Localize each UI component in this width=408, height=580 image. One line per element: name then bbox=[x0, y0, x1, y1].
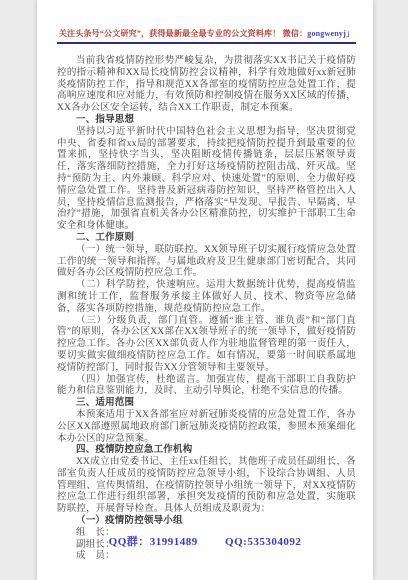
paragraph: 当前我省疫情防控形势严峻复杂，为贯彻落实XX书记关于疫情防控的指示精神和XX局长… bbox=[57, 56, 356, 115]
section-heading: 四、疫情防控应急工作机构 bbox=[57, 445, 356, 457]
paragraph: （三）分级负责，部门直管。遵循“谁主管、谁负责”和“部门直管”的原则，各办公区X… bbox=[57, 316, 356, 375]
document-body: 当前我省疫情防控形势严峻复杂，为贯彻落实XX书记关于疫情防控的指示精神和XX局长… bbox=[57, 56, 356, 563]
paragraph: 成 员： bbox=[57, 551, 356, 563]
paragraph: 本预案适用于XX各部室应对新冠肺炎疫情的应急处置工作，各办公区XX部遵照属地政府… bbox=[57, 410, 356, 445]
document-viewer: { "document": { "background_color": "#ec… bbox=[0, 0, 408, 580]
paragraph: XX成立由党委书记、主任xx任组长，其他班子成员任副组长，各部室负责人任成员的疫… bbox=[57, 457, 356, 516]
header-notice-text: 关注头条号“公文研究”，获得最新最全最专业的公文资料库！ 微信： bbox=[59, 29, 307, 38]
paragraph: （四）加强宣传，杜绝谣言。加强宣传，提高干部职工自我防护能力和信息鉴别能力，及时… bbox=[57, 375, 356, 399]
header-wechat-id: gongwenyj」 bbox=[307, 29, 354, 38]
paragraph: （二）科学防控，快速响应。运用大数据统计优势，提高疫情监测和统计工作，监督服务承… bbox=[57, 280, 356, 315]
section-heading: 二、工作原则 bbox=[57, 233, 356, 245]
footer-qq-group: QQ群：31991489 bbox=[109, 536, 198, 548]
footer-contact: QQ群：31991489 QQ:535304092 bbox=[37, 533, 373, 549]
section-heading: 一、指导思想 bbox=[57, 115, 356, 127]
paragraph: 坚持以习近平新时代中国特色社会主义思想为指导，坚决贯彻党中央、省委和省xx局的部… bbox=[57, 127, 356, 233]
document-page: 关注头条号“公文研究”，获得最新最全最专业的公文资料库！ 微信：gongweny… bbox=[37, 0, 373, 580]
header-notice: 关注头条号“公文研究”，获得最新最全最专业的公文资料库！ 微信：gongweny… bbox=[57, 28, 356, 44]
footer-qq-number: QQ:535304092 bbox=[225, 536, 301, 548]
paragraph: （一）统一领导，联防联控。XX领导班子切实履行疫情应急处置工作的统一领导和指挥。… bbox=[57, 245, 356, 280]
section-heading: （一）疫情防控领导小组 bbox=[57, 516, 356, 528]
section-heading: 三、适用范围 bbox=[57, 398, 356, 410]
